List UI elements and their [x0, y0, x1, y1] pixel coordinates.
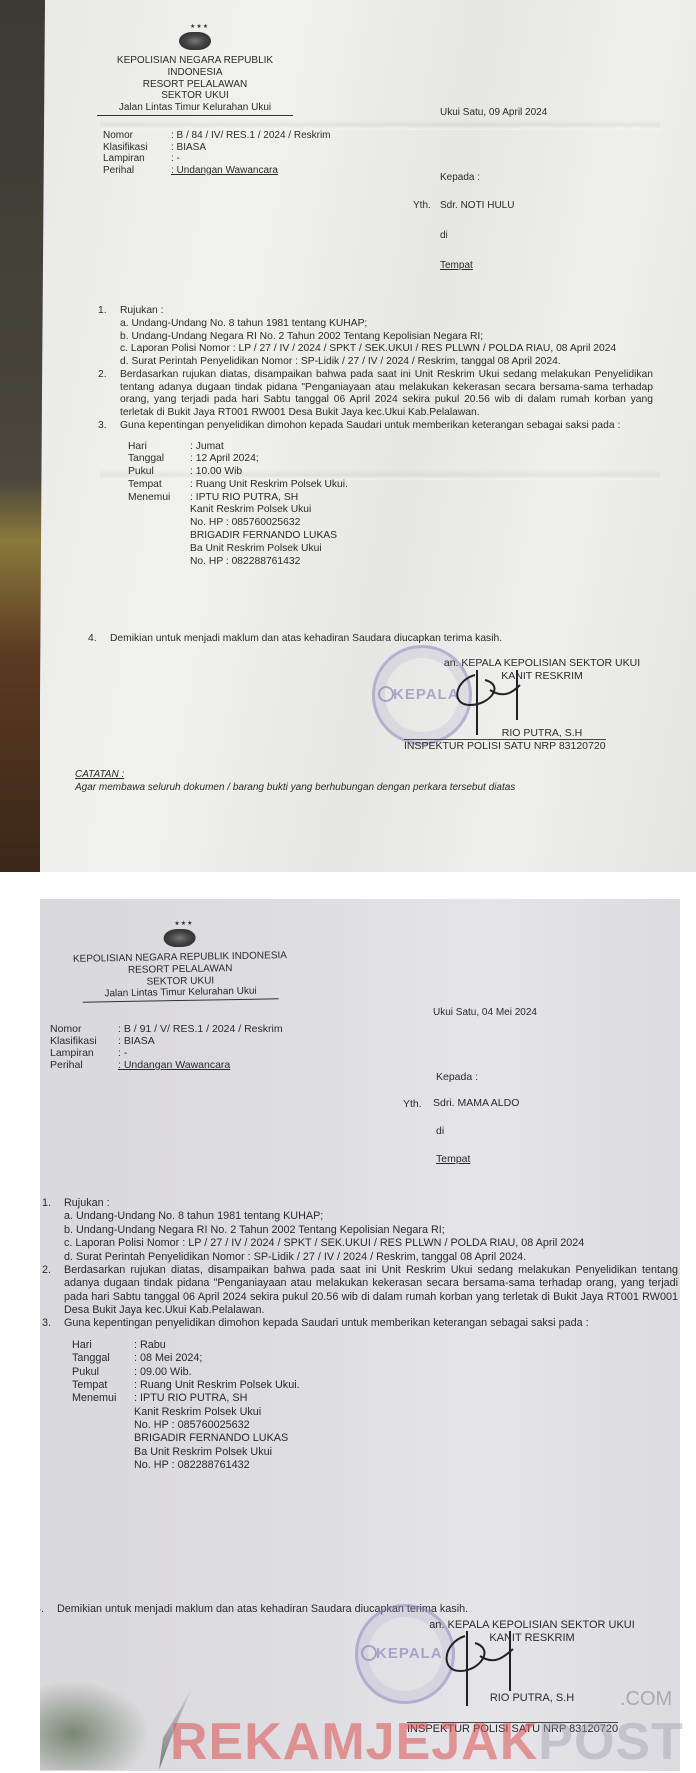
- letterhead-sector: SEKTOR UKUI: [95, 90, 295, 102]
- schedule: Hari: Jumat Tanggal: 12 April 2024; Puku…: [98, 441, 653, 569]
- recipient-name: Sdri. MAMA ALDO: [433, 1097, 519, 1109]
- closing: 4.Demikian untuk menjadi maklum dan atas…: [88, 633, 648, 646]
- on-behalf: an. KEPALA KEPOLISIAN SEKTOR UKUI: [422, 657, 662, 670]
- signer-title: KANIT RESKRIM: [422, 670, 662, 683]
- on-behalf: an. KEPALA KEPOLISIAN SEKTOR UKUI: [392, 1619, 672, 1632]
- recipient-tempat: Tempat: [436, 1153, 470, 1165]
- background-blur: [40, 1680, 150, 1770]
- note: CATATAN : Agar membawa seluruh dokumen /…: [75, 768, 515, 794]
- meta-row: Nomor: B / 84 / IV/ RES.1 / 2024 / Reskr…: [103, 130, 331, 142]
- item-1: 1.Rujukan :: [98, 305, 653, 318]
- letterhead-org: KEPOLISIAN NEGARA REPUBLIK INDONESIA: [95, 55, 295, 79]
- police-crest-icon: ★★★: [159, 921, 199, 950]
- police-crest-icon: ★★★: [175, 24, 215, 52]
- recipient-di: di: [440, 230, 448, 241]
- watermark-grey: POST: [538, 1713, 684, 1771]
- letterhead: ★★★ KEPOLISIAN NEGARA REPUBLIK INDONESIA…: [95, 24, 295, 116]
- reference-a: a. Undang-Undang No. 8 tahun 1981 tentan…: [98, 318, 653, 331]
- recipient-yth: Yth.: [403, 1098, 422, 1110]
- note-text: Agar membawa seluruh dokumen / barang bu…: [75, 781, 515, 794]
- letter-meta: Nomor: B / 91 / V/ RES.1 / 2024 / Reskri…: [50, 1023, 283, 1071]
- meta-row: Klasifikasi: BIASA: [103, 142, 331, 154]
- place-date: Ukui Satu, 09 April 2024: [440, 107, 547, 118]
- meta-row: Perihal: Undangan Wawancara: [103, 165, 331, 177]
- place-date: Ukui Satu, 04 Mei 2024: [433, 1007, 537, 1018]
- recipient-kepada: Kepada :: [436, 1071, 478, 1083]
- recipient-name: Sdr. NOTI HULU: [440, 200, 514, 211]
- letter-body: 1.Rujukan : a. Undang-Undang No. 8 tahun…: [42, 1197, 678, 1473]
- closing: 4.Demikian untuk menjadi maklum dan atas…: [40, 1603, 655, 1616]
- watermark: REKAMJEJAKPOST: [170, 1712, 684, 1772]
- item-2: 2.Berdasarkan rujukan diatas, disampaika…: [98, 369, 653, 420]
- letterhead-resort: RESORT PELALAWAN: [95, 79, 295, 91]
- reference-a: a. Undang-Undang No. 8 tahun 1981 tentan…: [42, 1210, 678, 1223]
- paper-crease: [100, 120, 660, 130]
- reference-b: b. Undang-Undang Negara RI No. 2 Tahun 2…: [98, 331, 653, 344]
- reference-d: d. Surat Perintah Penyelidikan Nomor : S…: [98, 356, 653, 369]
- reference-c: c. Laporan Polisi Nomor : LP / 27 / IV /…: [42, 1237, 678, 1250]
- letter-photo-1: ★★★ KEPOLISIAN NEGARA REPUBLIK INDONESIA…: [0, 0, 696, 872]
- signer-name: RIO PUTRA, S.H: [422, 727, 662, 740]
- recipient-kepada: Kepada :: [440, 172, 480, 183]
- schedule: Hari: Rabu Tanggal: 08 Mei 2024; Pukul: …: [42, 1339, 678, 1473]
- letterhead: ★★★ KEPOLISIAN NEGARA REPUBLIK INDONESIA…: [59, 919, 300, 1003]
- letter-photo-2: ★★★ KEPOLISIAN NEGARA REPUBLIK INDONESIA…: [40, 899, 680, 1771]
- letterhead-address: Jalan Lintas Timur Kelurahan Ukui: [82, 986, 279, 1003]
- recipient-yth: Yth.: [413, 200, 431, 211]
- crest-icon: [378, 686, 394, 702]
- signature-block: an. KEPALA KEPOLISIAN SEKTOR UKUI KANIT …: [422, 657, 662, 739]
- signer-title: KANIT RESKRIM: [392, 1632, 672, 1645]
- recipient-di: di: [436, 1125, 444, 1137]
- item-3: 3.Guna kepentingan penyelidikan dimohon …: [98, 420, 653, 433]
- letter-meta: Nomor: B / 84 / IV/ RES.1 / 2024 / Reskr…: [103, 130, 331, 176]
- letterhead-address: Jalan Lintas Timur Kelurahan Ukui: [97, 102, 293, 116]
- watermark-suffix: .COM: [620, 1688, 672, 1711]
- meta-row: Lampiran: -: [103, 153, 331, 165]
- letter-body: 1.Rujukan : a. Undang-Undang No. 8 tahun…: [98, 305, 653, 568]
- reference-c: c. Laporan Polisi Nomor : LP / 27 / IV /…: [98, 343, 653, 356]
- reference-d: d. Surat Perintah Penyelidikan Nomor : S…: [42, 1251, 678, 1264]
- signer-rank: INSPEKTUR POLISI SATU NRP 83120720: [404, 739, 606, 753]
- crest-icon: [361, 1645, 377, 1661]
- recipient-tempat: Tempat: [440, 260, 473, 271]
- reference-b: b. Undang-Undang Negara RI No. 2 Tahun 2…: [42, 1224, 678, 1237]
- watermark-red: REKAMJEJAK: [170, 1713, 538, 1771]
- note-label: CATATAN :: [75, 768, 515, 781]
